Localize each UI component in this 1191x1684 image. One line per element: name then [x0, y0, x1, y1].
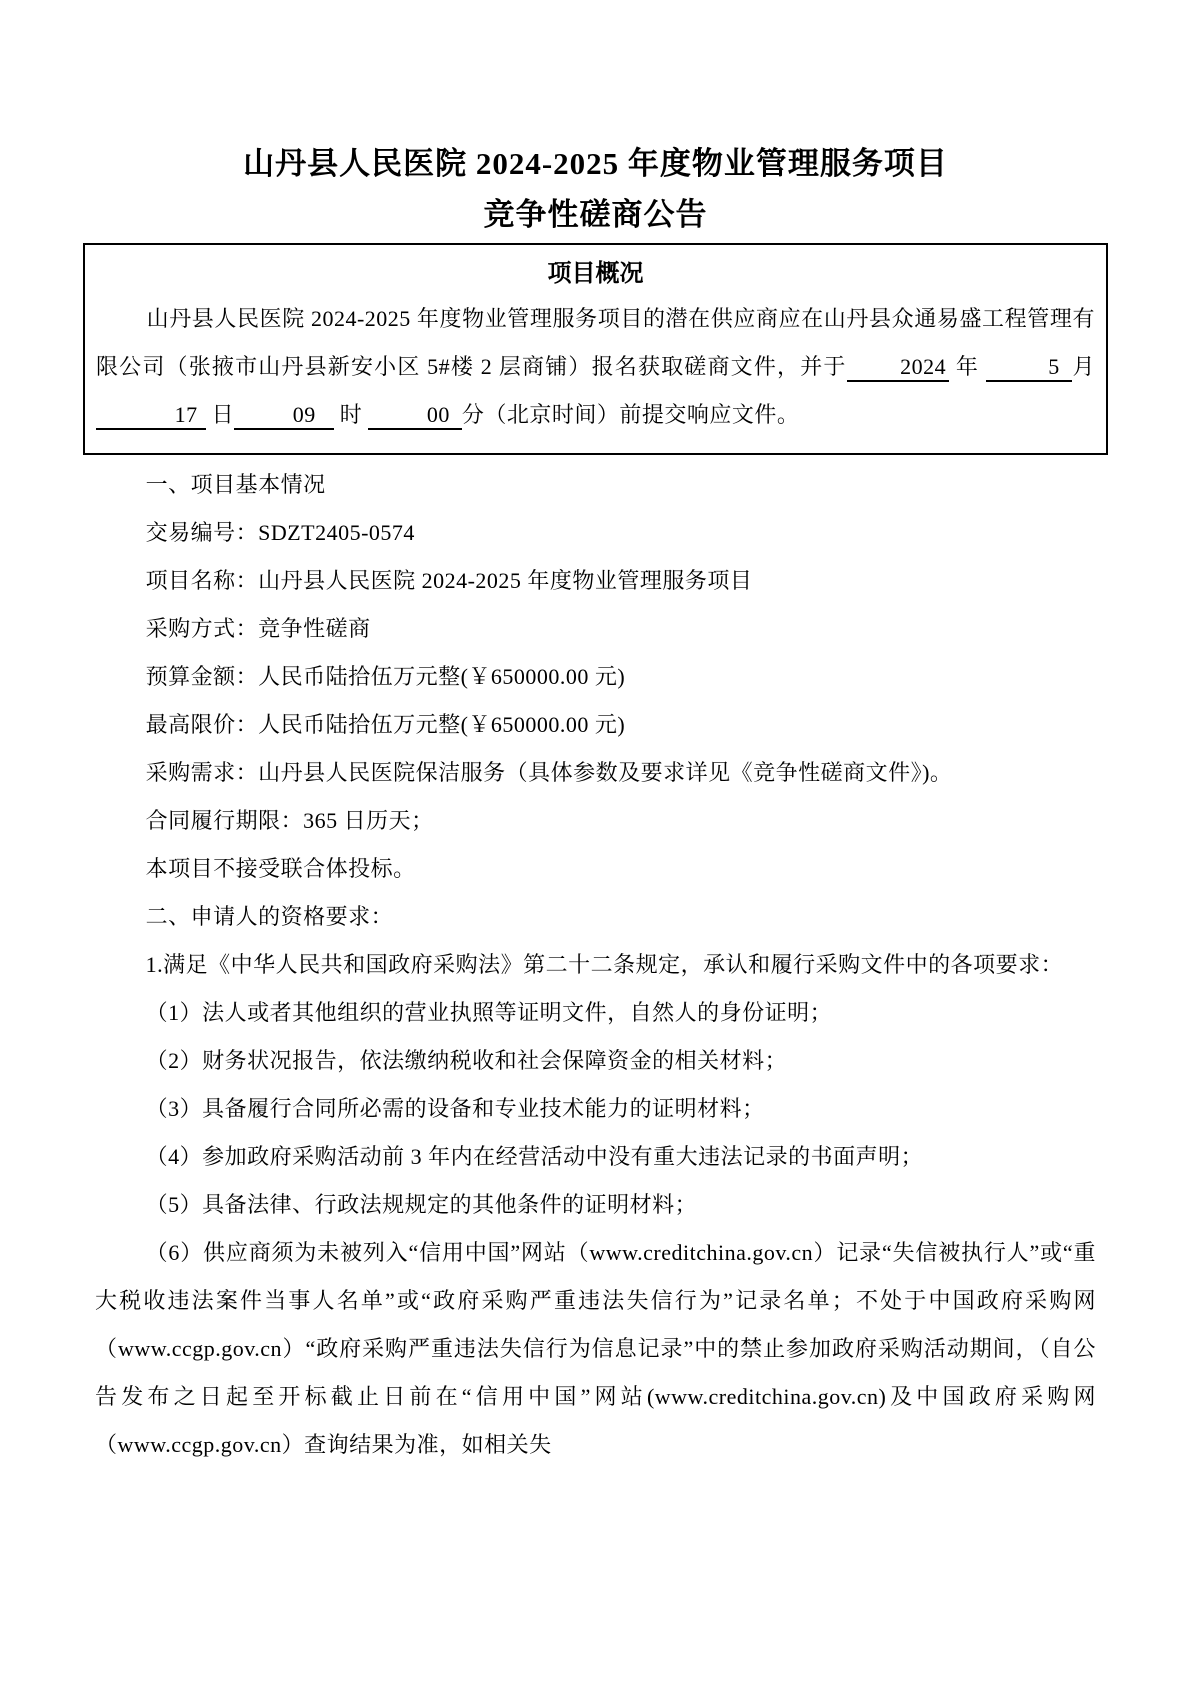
transaction-number-line: 交易编号：SDZT2405-0574 [95, 509, 1096, 557]
qualification-item-1: 1.满足《中华人民共和国政府采购法》第二十二条规定，承认和履行采购文件中的各项要… [95, 941, 1096, 989]
section-heading-1: 一、项目基本情况 [95, 461, 1096, 509]
qualification-sub-item-4: （4）参加政府采购活动前 3 年内在经营活动中没有重大违法记录的书面声明； [95, 1133, 1096, 1181]
submission-month-underline: 5 [986, 354, 1072, 382]
month-label: 月 [1072, 354, 1095, 379]
document-page: 山丹县人民医院 2024-2025 年度物业管理服务项目 竞争性磋商公告 项目概… [0, 0, 1191, 1684]
procurement-method-line: 采购方式：竞争性磋商 [95, 605, 1096, 653]
max-price-line: 最高限价：人民币陆拾伍万元整(￥650000.00 元) [95, 701, 1096, 749]
document-title-line1: 山丹县人民医院 2024-2025 年度物业管理服务项目 [0, 138, 1191, 189]
budget-amount-line: 预算金额：人民币陆拾伍万元整(￥650000.00 元) [95, 653, 1096, 701]
document-title-line2: 竞争性磋商公告 [0, 189, 1191, 240]
no-consortium-line: 本项目不接受联合体投标。 [95, 845, 1096, 893]
qualification-sub-item-2: （2）财务状况报告，依法缴纳税收和社会保障资金的相关材料； [95, 1037, 1096, 1085]
year-label: 年 [949, 354, 979, 379]
project-name-line: 项目名称：山丹县人民医院 2024-2025 年度物业管理服务项目 [95, 557, 1096, 605]
procurement-demand-line: 采购需求：山丹县人民医院保洁服务（具体参数及要求详见《竞争性磋商文件》)。 [95, 749, 1096, 797]
project-overview-heading: 项目概况 [96, 253, 1095, 295]
qualification-sub-item-3: （3）具备履行合同所必需的设备和专业技术能力的证明材料； [95, 1085, 1096, 1133]
qualification-sub-item-1: （1）法人或者其他组织的营业执照等证明文件，自然人的身份证明； [95, 989, 1096, 1037]
document-body: 一、项目基本情况 交易编号：SDZT2405-0574 项目名称：山丹县人民医院… [95, 461, 1096, 1469]
submission-day-underline: 17 [96, 402, 206, 430]
document-title: 山丹县人民医院 2024-2025 年度物业管理服务项目 竞争性磋商公告 [0, 138, 1191, 240]
section-heading-2: 二、申请人的资格要求： [95, 893, 1096, 941]
project-overview-box: 项目概况 山丹县人民医院 2024-2025 年度物业管理服务项目的潜在供应商应… [83, 243, 1108, 455]
qualification-sub-item-6: （6）供应商须为未被列入“信用中国”网站（www.creditchina.gov… [95, 1229, 1096, 1469]
hour-label: 时 [340, 402, 363, 427]
day-label: 日 [212, 402, 235, 427]
qualification-sub-item-5: （5）具备法律、行政法规规定的其他条件的证明材料； [95, 1181, 1096, 1229]
project-overview-paragraph: 山丹县人民医院 2024-2025 年度物业管理服务项目的潜在供应商应在山丹县众… [96, 295, 1095, 439]
submission-minute-underline: 00 [368, 402, 462, 430]
submission-hour-underline: 09 [234, 402, 334, 430]
submission-year-underline: 2024 [847, 354, 950, 382]
deadline-tail-text: 分（北京时间）前提交响应文件。 [462, 402, 800, 427]
contract-period-line: 合同履行期限：365 日历天； [95, 797, 1096, 845]
